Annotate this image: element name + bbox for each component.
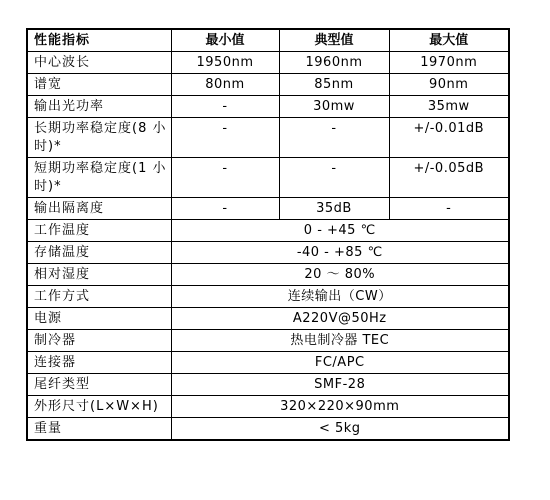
spec-typical-cell: 35dB <box>279 198 389 220</box>
page: 性能指标 最小值 典型值 最大值 中心波长 1950nm 1960nm 1970… <box>0 0 550 500</box>
spec-table: 性能指标 最小值 典型值 最大值 中心波长 1950nm 1960nm 1970… <box>26 28 510 441</box>
spec-value-cell: A220V@50Hz <box>171 308 509 330</box>
spec-label-cell: 存储温度 <box>27 242 171 264</box>
table-row: 输出隔离度 - 35dB - <box>27 198 509 220</box>
table-row: 存储温度 -40 - +85 ℃ <box>27 242 509 264</box>
spec-max-cell: +/-0.05dB <box>389 158 509 198</box>
spec-value-cell: 热电制冷器 TEC <box>171 330 509 352</box>
spec-min-cell: - <box>171 118 279 158</box>
table-row: 相对湿度 20 ～ 80% <box>27 264 509 286</box>
spec-max-cell: - <box>389 198 509 220</box>
table-row: 长期功率稳定度(8 小时)* - - +/-0.01dB <box>27 118 509 158</box>
table-row: 谱宽 80nm 85nm 90nm <box>27 74 509 96</box>
spec-label-cell: 外形尺寸(L×W×H) <box>27 396 171 418</box>
spec-typical-cell: - <box>279 158 389 198</box>
table-row: 制冷器 热电制冷器 TEC <box>27 330 509 352</box>
table-row: 电源 A220V@50Hz <box>27 308 509 330</box>
spec-min-cell: - <box>171 96 279 118</box>
spec-max-cell: +/-0.01dB <box>389 118 509 158</box>
spec-label-cell: 重量 <box>27 418 171 441</box>
table-row: 连接器 FC/APC <box>27 352 509 374</box>
table-row: 尾纤类型 SMF-28 <box>27 374 509 396</box>
spec-typical-cell: 30mw <box>279 96 389 118</box>
spec-label-cell: 工作方式 <box>27 286 171 308</box>
spec-label-cell: 谱宽 <box>27 74 171 96</box>
table-row: 重量 < 5kg <box>27 418 509 441</box>
spec-value-cell: 0 - +45 ℃ <box>171 220 509 242</box>
table-row: 中心波长 1950nm 1960nm 1970nm <box>27 52 509 74</box>
spec-label-cell: 连接器 <box>27 352 171 374</box>
spec-min-cell: - <box>171 158 279 198</box>
table-row: 工作温度 0 - +45 ℃ <box>27 220 509 242</box>
spec-min-cell: - <box>171 198 279 220</box>
header-cell-performance-index: 性能指标 <box>27 29 171 52</box>
spec-label-cell: 输出隔离度 <box>27 198 171 220</box>
spec-label-cell: 输出光功率 <box>27 96 171 118</box>
header-cell-min: 最小值 <box>171 29 279 52</box>
spec-typical-cell: 1960nm <box>279 52 389 74</box>
header-cell-max: 最大值 <box>389 29 509 52</box>
table-row: 外形尺寸(L×W×H) 320×220×90mm <box>27 396 509 418</box>
spec-label-cell: 长期功率稳定度(8 小时)* <box>27 118 171 158</box>
spec-label-cell: 制冷器 <box>27 330 171 352</box>
spec-label-cell: 中心波长 <box>27 52 171 74</box>
table-row: 短期功率稳定度(1 小时)* - - +/-0.05dB <box>27 158 509 198</box>
spec-label-cell: 工作温度 <box>27 220 171 242</box>
spec-max-cell: 90nm <box>389 74 509 96</box>
spec-label-cell: 短期功率稳定度(1 小时)* <box>27 158 171 198</box>
spec-label-cell: 电源 <box>27 308 171 330</box>
header-cell-typical: 典型值 <box>279 29 389 52</box>
spec-min-cell: 80nm <box>171 74 279 96</box>
spec-max-cell: 35mw <box>389 96 509 118</box>
spec-value-cell: SMF-28 <box>171 374 509 396</box>
spec-value-cell: 20 ～ 80% <box>171 264 509 286</box>
spec-value-cell: -40 - +85 ℃ <box>171 242 509 264</box>
spec-label-cell: 相对湿度 <box>27 264 171 286</box>
spec-max-cell: 1970nm <box>389 52 509 74</box>
spec-value-cell: 320×220×90mm <box>171 396 509 418</box>
spec-label-cell: 尾纤类型 <box>27 374 171 396</box>
spec-value-cell: < 5kg <box>171 418 509 441</box>
table-row: 输出光功率 - 30mw 35mw <box>27 96 509 118</box>
spec-typical-cell: - <box>279 118 389 158</box>
spec-table-container: 性能指标 最小值 典型值 最大值 中心波长 1950nm 1960nm 1970… <box>26 28 510 441</box>
spec-value-cell: 连续输出（CW） <box>171 286 509 308</box>
table-header-row: 性能指标 最小值 典型值 最大值 <box>27 29 509 52</box>
spec-min-cell: 1950nm <box>171 52 279 74</box>
table-row: 工作方式 连续输出（CW） <box>27 286 509 308</box>
spec-value-cell: FC/APC <box>171 352 509 374</box>
spec-typical-cell: 85nm <box>279 74 389 96</box>
